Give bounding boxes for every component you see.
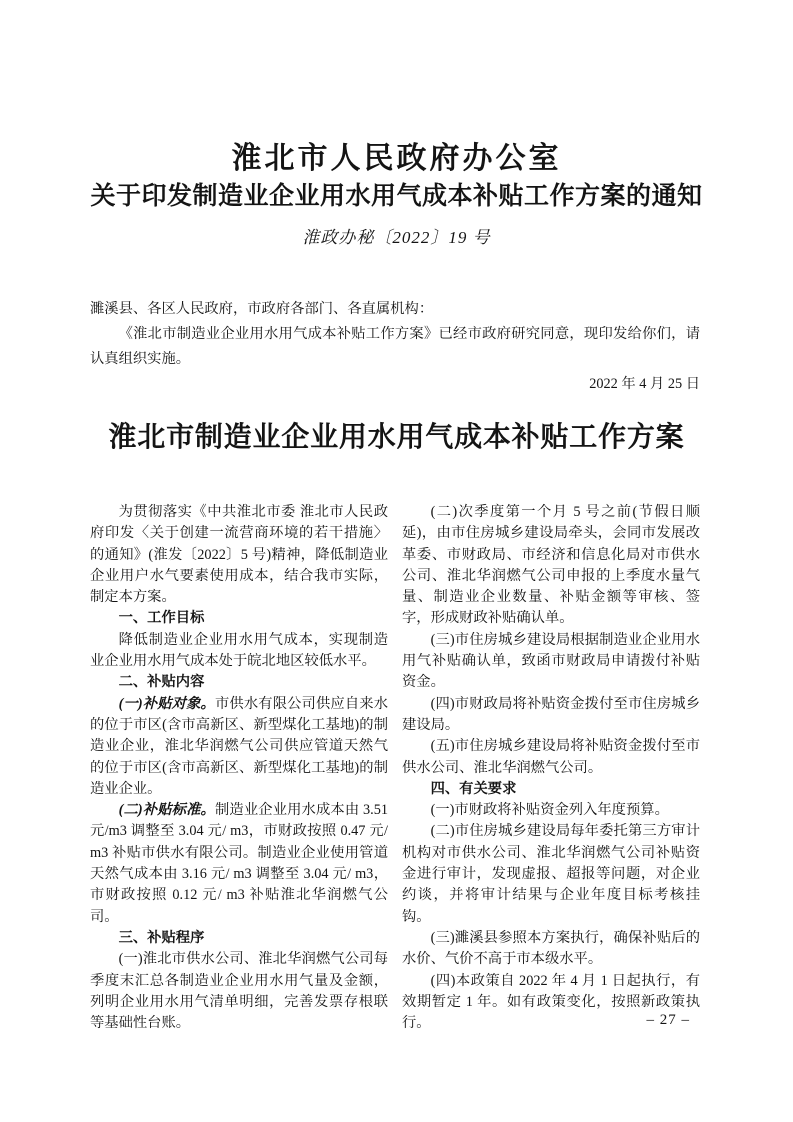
left-column: 为贯彻落实《中共淮北市委 淮北市人民政府印发〈关于创建一流营商环境的若干措施〉的… (90, 502, 388, 1034)
document-number: 淮政办秘〔2022〕19 号 (0, 223, 793, 248)
body-paragraph: (三)市住房城乡建设局根据制造业企业用水用气补贴确认单，致函市财政局申请拨付补贴… (402, 630, 700, 694)
notice-paragraph: 《淮北市制造业企业用水用气成本补贴工作方案》已经市政府研究同意，现印发给你们，请… (90, 322, 700, 372)
document-header: 淮北市人民政府办公室 关于印发制造业企业用水用气成本补贴工作方案的通知 淮政办秘… (0, 140, 793, 248)
body-paragraph: (一)淮北市供水公司、淮北华润燃气公司每季度末汇总各制造业企业用水用气量及金额，… (90, 949, 388, 1034)
notice-title: 关于印发制造业企业用水用气成本补贴工作方案的通知 (0, 181, 793, 214)
body-paragraph: (一)市财政将补贴资金列入年度预算。 (402, 800, 700, 821)
section-heading: 四、有关要求 (402, 779, 700, 800)
page-number: – 27 – (647, 1012, 691, 1029)
section-heading: 三、补贴程序 (90, 928, 388, 949)
plan-title: 淮北市制造业企业用水用气成本补贴工作方案 (0, 420, 793, 456)
body-paragraph: (一)补贴对象。市供水有限公司供应自来水的位于市区(含市高新区、新型煤化工基地)… (90, 694, 388, 800)
issuing-org-title: 淮北市人民政府办公室 (0, 140, 793, 178)
section-heading: 一、工作目标 (90, 608, 388, 629)
body-paragraph: (二)市住房城乡建设局每年委托第三方审计机构对市供水公司、淮北华润燃气公司补贴资… (402, 821, 700, 927)
notice-section: 濉溪县、各区人民政府，市政府各部门、各直属机构： 《淮北市制造业企业用水用气成本… (90, 297, 700, 397)
document-page: 淮北市人民政府办公室 关于印发制造业企业用水用气成本补贴工作方案的通知 淮政办秘… (0, 0, 793, 1122)
body-paragraph: (二)补贴标准。制造业企业用水成本由 3.51 元/m3 调整至 3.04 元/… (90, 800, 388, 928)
right-column: (二)次季度第一个月 5 号之前(节假日顺延)，由市住房城乡建设局牵头，会同市发… (402, 502, 700, 1034)
paragraph-lead: (一)补贴对象。 (119, 696, 215, 712)
body-paragraph: (三)濉溪县参照本方案执行，确保补贴后的水价、气价不高于市本级水平。 (402, 928, 700, 971)
body-paragraph: 降低制造业企业用水用气成本，实现制造业企业用水用气成本处于皖北地区较低水平。 (90, 630, 388, 673)
notice-date: 2022 年 4 月 25 日 (90, 372, 700, 397)
two-column-body: 为贯彻落实《中共淮北市委 淮北市人民政府印发〈关于创建一流营商环境的若干措施〉的… (90, 502, 700, 1034)
body-paragraph: (五)市住房城乡建设局将补贴资金拨付至市供水公司、淮北华润燃气公司。 (402, 736, 700, 779)
notice-salutation: 濉溪县、各区人民政府，市政府各部门、各直属机构： (90, 297, 700, 322)
paragraph-lead: (二)补贴标准。 (119, 802, 215, 818)
section-heading: 二、补贴内容 (90, 672, 388, 693)
body-paragraph: 为贯彻落实《中共淮北市委 淮北市人民政府印发〈关于创建一流营商环境的若干措施〉的… (90, 502, 388, 608)
body-paragraph: (四)市财政局将补贴资金拨付至市住房城乡建设局。 (402, 694, 700, 737)
body-paragraph: (二)次季度第一个月 5 号之前(节假日顺延)，由市住房城乡建设局牵头，会同市发… (402, 502, 700, 630)
